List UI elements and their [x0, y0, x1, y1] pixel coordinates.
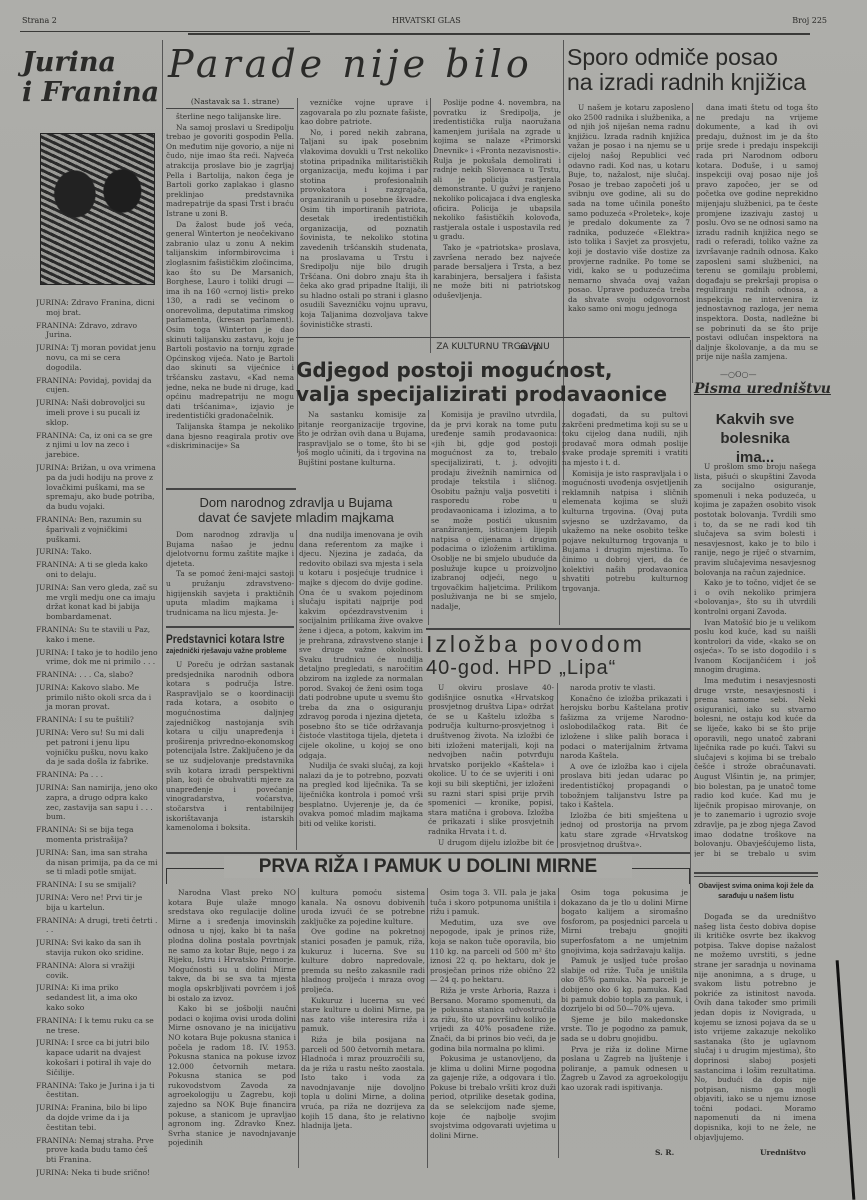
dom-headline-line1: Dom narodnog zdravlja u Bujama	[166, 495, 426, 510]
jurina-title: Jurina i Franina	[22, 48, 159, 108]
sporo-headline-line2: na izradi radnih knjižica	[567, 70, 867, 95]
dom-col2: dna nudilja imenovana je ovih dana refer…	[299, 530, 423, 848]
dialog-line: FRANINA: I su te puštili?	[36, 715, 158, 725]
pisma-headline: Kakvih sve bolesnika ima...	[694, 410, 816, 467]
dialog-line: FRANINA: I su se smijali?	[36, 880, 158, 890]
rule	[426, 628, 690, 630]
paragraph: vezničke vojne uprave i zagovarala po zl…	[300, 98, 428, 127]
notice-title: Obavijest svima onima koji žele da sarađ…	[694, 882, 818, 902]
paragraph: Talijanska štampa je nekoliko dana bjesn…	[166, 422, 294, 451]
dialog-line: JURINA: Tj moran povidat jenu novu, ca m…	[36, 343, 158, 372]
dialog-line: JURINA: I srce ca bi jutri bilo kapace u…	[36, 1038, 158, 1077]
paragraph: Nudilja će svaki slučaj, za koji nalazi …	[299, 761, 423, 828]
column-divider	[427, 888, 428, 1168]
paragraph: Kako bi se jošbolji naučni podaci o koji…	[168, 1004, 296, 1148]
dialog-line: JURINA: San, ima san straha da nisan pri…	[36, 848, 158, 877]
paragraph: Prva je riža iz doline Mirne poslana u Z…	[561, 1045, 688, 1093]
paragraph: Ta se pomoć ženi-majci sastoji u pružanj…	[166, 569, 294, 617]
paragraph: Na sastanku komisije za pitanje reorgani…	[298, 410, 426, 468]
paragraph: Pamuk je usljed tuče prošao slabije od r…	[561, 956, 688, 1014]
dialog-line: JURINA: Naši dobrovoljci su imeli prove …	[36, 398, 158, 427]
dialog-line: FRANINA: A ti se gleda kako oni to delaj…	[36, 560, 158, 580]
riza-headline: PRVA RIŽA I PAMUK U DOLINI MIRNE	[224, 856, 632, 878]
rule	[166, 488, 296, 490]
dialog-line: FRANINA: Si se bija tega momenta pristra…	[36, 825, 158, 845]
masthead-rule-left	[20, 31, 310, 32]
dialog-line: FRANINA: Povidaj, povidaj da cujen.	[36, 376, 158, 396]
paragraph: šterline nego talijanske lire.	[166, 112, 294, 122]
sporo-col1: U našem je kotaru zaposleno oko 2500 rad…	[568, 103, 690, 383]
paragraph: Poslije podne 4. novembra, na povratku i…	[433, 98, 561, 242]
dialog-line: FRANINA: Ben, razumin su šparivali z voj…	[36, 515, 158, 544]
rule	[694, 876, 818, 877]
dialog-line: JURINA: San vero gleda, zač su me vrgli …	[36, 583, 158, 622]
sporo-col2: dana imati štetu od toga što ne predaju …	[696, 103, 818, 363]
pisma-headline-line1: Kakvih sve bolesnika	[694, 410, 816, 448]
sporo-headline: Sporo odmiče posao na izradi radnih knji…	[567, 45, 867, 95]
istra-body: U Poreču je održan sastanak predsjednika…	[166, 660, 294, 850]
dialog-line: JURINA: Neka ti bude srično!	[36, 1168, 158, 1178]
paragraph: Ima međutim i nesavjesnosti druge vrste,…	[694, 676, 816, 857]
izlozba-headline-line2: 40-god. HPD „Lipa“	[426, 656, 690, 680]
riza-col4: Osim toga pokusima je dokazano da je tlo…	[561, 888, 688, 1143]
column-divider	[557, 683, 558, 848]
column-divider	[428, 410, 429, 625]
dialog-line: FRANINA: Alora si vražiji covik.	[36, 961, 158, 981]
paragraph: Dom narodnog zdravlja u Bujama našao je …	[166, 530, 294, 568]
continuation-rule	[166, 108, 294, 109]
paragraph: Pokusima je ustanovljeno, da je klima u …	[430, 1054, 556, 1140]
paragraph: Konačno će izložba prikazati i herojsku …	[560, 694, 688, 761]
paragraph: Komisija je pravilno utvrdila, da je prv…	[431, 410, 557, 611]
paragraph: Sjeme je bilo makedonske vrste. Tlo je p…	[561, 1015, 688, 1044]
istra-headline: Predstavnici kotara Istre	[166, 632, 277, 646]
trgovina-headline-line2: valja specijalizirati prodavaonice	[296, 382, 690, 406]
paragraph: U Poreču je održan sastanak predsjednika…	[166, 660, 294, 833]
parade-col1: šterline nego talijanske lire.Na samoj p…	[166, 112, 294, 452]
masthead-rule-right	[188, 33, 810, 35]
parade-col2: vezničke vojne uprave i zagovarala po zl…	[300, 98, 428, 348]
paragraph: U prošlom smo broju našega lista, pišući…	[694, 462, 816, 577]
paragraph: Riža je vrste Arboria, Razza i Bersano. …	[430, 986, 556, 1053]
dialog-line: FRANINA: Tako je Jurina i ja ti čestitan…	[36, 1081, 158, 1101]
column-divider	[690, 340, 691, 1140]
paragraph: U drugom dijelu izložbe bit će prikazan …	[428, 838, 554, 849]
sporo-headline-line1: Sporo odmiče posao	[567, 45, 867, 70]
dialog-line: FRANINA: Zdravo, zdravo Jurina.	[36, 321, 158, 341]
paragraph: Kako je to točno, vidjet će se i o ovih …	[694, 578, 816, 616]
masthead: Strana 2 HRVATSKI GLAS Broj 225	[22, 16, 822, 30]
dialog-line: JURINA: Vero su! Su mi dali pet patroni …	[36, 728, 158, 767]
paragraph: U našem je kotaru zaposleno oko 2500 rad…	[568, 103, 690, 314]
paragraph: Osim toga pokusima je dokazano da je tlo…	[561, 888, 688, 955]
trgovina-headline: Gdjegod postoji mogućnost, valja specija…	[296, 358, 690, 406]
riza-col2: kultura pomoću sistema kanala. Na osnovu…	[301, 888, 425, 1168]
column-divider	[298, 888, 299, 1168]
paragraph: naroda protiv te vlasti.	[560, 683, 688, 693]
izlozba-headline-line1: Izložba povodom	[426, 632, 690, 656]
column-divider	[296, 530, 297, 850]
trgovina-col3: događati, da su pultovi zakrčeni predmet…	[562, 410, 688, 625]
paragraph: kultura pomoću sistema kanala. Na osnovu…	[301, 888, 425, 926]
rule	[166, 626, 294, 628]
newspaper-page: Strana 2 HRVATSKI GLAS Broj 225 Jurina i…	[0, 0, 867, 1200]
riza-col1: Narodna Vlast preko NO kotara Buje ulaže…	[168, 888, 296, 1168]
column-divider	[430, 98, 431, 353]
paragraph: Komisija je isto raspravljala i o mogućn…	[562, 469, 688, 594]
riza-signature: S. R.	[655, 1148, 674, 1157]
column-divider	[559, 410, 560, 625]
paragraph: dna nudilja imenovana je ovih dana refer…	[299, 530, 423, 760]
paragraph: Narodna Vlast preko NO kotara Buje ulaže…	[168, 888, 296, 1003]
paragraph: A ove će izložba kao i cijela proslava b…	[560, 762, 688, 810]
paragraph: Osim toga 3. VII. pala je jaka tuča i sk…	[430, 888, 556, 917]
page-number: Strana 2	[22, 16, 57, 25]
issue-number: Broj 225	[792, 16, 827, 25]
paragraph: No, i pored nekih zabrana, Taljani su ip…	[300, 128, 428, 329]
notice-body: Događa se da uredništvo našeg lista čest…	[694, 912, 816, 1142]
jurina-dialog: JURINA: Zdravo Franina, dicni moj brat.F…	[36, 298, 158, 1198]
izlozba-headline: Izložba povodom 40-god. HPD „Lipa“	[426, 632, 690, 680]
paragraph: Riža je bila posijana na parceli od 500 …	[301, 1035, 425, 1131]
rule	[296, 337, 690, 338]
column-divider	[558, 888, 559, 1158]
notice-signature: Uredništvo	[760, 1148, 806, 1157]
istra-subhead: zajednički rješavaju važne probleme	[166, 648, 296, 655]
dialog-line: FRANINA: Su te stavili u Paz, kako i men…	[36, 625, 158, 645]
dialog-line: JURINA: Brižan, u ova vrimena pa da judi…	[36, 463, 158, 512]
column-divider	[692, 103, 693, 383]
jurina-title-line2: i Franina	[22, 78, 159, 108]
dom-col1: Dom narodnog zdravlja u Bujama našao je …	[166, 530, 294, 625]
paragraph: Ivan Matošić bio je u velikom poslu kod …	[694, 618, 816, 676]
jurina-title-line1: Jurina	[22, 48, 159, 78]
dom-headline-line2: davat će savjete mladim majkama	[166, 510, 426, 525]
dialog-line: JURINA: Ki ima priko sedandest lit, a im…	[36, 983, 158, 1012]
pisma-body: U prošlom smo broju našega lista, pišući…	[694, 462, 816, 857]
dialog-line: JURINA: Kakovo slabo. Me primilo ništo o…	[36, 683, 158, 712]
paragraph: U okviru proslave 40-godišnjice osnutka …	[428, 683, 554, 837]
dialog-line: FRANINA: Ca, iz oni ca se gre z njimi u …	[36, 431, 158, 460]
riza-col3: Osim toga 3. VII. pala je jaka tuča i sk…	[430, 888, 556, 1168]
paragraph: Međutim, uza sve ove nepogode, ipak je p…	[430, 918, 556, 985]
woodcut-illustration	[40, 133, 155, 285]
paragraph: Događa se da uredništvo našeg lista čest…	[694, 912, 816, 1142]
rule	[694, 872, 818, 874]
trgovina-kicker: ZA KULTURNU TRGOVINU	[296, 342, 690, 352]
dialog-line: JURINA: Tako.	[36, 547, 158, 557]
dialog-line: JURINA: Franina, bilo bi lipo da dojde v…	[36, 1103, 158, 1132]
dialog-line: JURINA: San namirija, jeno oko zapra, a …	[36, 783, 158, 822]
paragraph: Tako je «patriotska» proslava, završena …	[433, 243, 561, 301]
paragraph: događati, da su pultovi zakrčeni predmet…	[562, 410, 688, 468]
dialog-line: JURINA: Svi kako da san ih stavija rukon…	[36, 938, 158, 958]
paragraph: dana imati štetu od toga što ne predaju …	[696, 103, 818, 362]
parade-continuation: (Nastavak sa 1. strane)	[180, 97, 290, 106]
izlozba-col2: naroda protiv te vlasti.Konačno će izlož…	[560, 683, 688, 848]
paper-tear	[836, 960, 856, 1200]
pisma-section-label: Pisma uredništvu	[694, 381, 831, 397]
trgovina-col2: Komisija je pravilno utvrdila, da je prv…	[431, 410, 557, 625]
ornament: —○O○—	[720, 370, 757, 379]
dialog-line: JURINA: I tako je to hodilo jeno vrime, …	[36, 648, 158, 668]
column-divider	[162, 40, 163, 1130]
dialog-line: FRANINA: Nemaj straha. Prve prove kada b…	[36, 1136, 158, 1165]
parade-col3: Poslije podne 4. novembra, na povratku i…	[433, 98, 561, 343]
dialog-line: JURINA: Vero ne! Prvi tir je bija u kart…	[36, 893, 158, 913]
dialog-line: FRANINA: . . . Ca, slabo?	[36, 670, 158, 680]
paper-name: HRVATSKI GLAS	[392, 16, 461, 25]
trgovina-headline-line1: Gdjegod postoji mogućnost,	[296, 358, 690, 382]
rule	[166, 852, 690, 854]
dialog-line: FRANINA: Pa . . .	[36, 770, 158, 780]
paragraph: Ove godine na pokretnoj stanici posađen …	[301, 927, 425, 994]
paragraph: Izložba će biti smještena u jednoj od pr…	[560, 811, 688, 848]
dom-headline: Dom narodnog zdravlja u Bujama davat će …	[166, 495, 426, 525]
paragraph: Da žalost bude još veća, general Wintert…	[166, 220, 294, 421]
paragraph: Na samoj proslavi u Sredipolju trebao je…	[166, 123, 294, 219]
paragraph: Kukuruz i lucerna su već stare kulture u…	[301, 996, 425, 1034]
izlozba-col1: U okviru proslave 40-godišnjice osnutka …	[428, 683, 554, 848]
dialog-line: FRANINA: I k temu ruku ca se ne trese.	[36, 1016, 158, 1036]
dialog-line: FRANINA: A drugi, treti četrti . . .	[36, 916, 158, 936]
parade-headline: Parade nije bilo	[168, 42, 548, 86]
dialog-line: JURINA: Zdravo Franina, dicni moj brat.	[36, 298, 158, 318]
